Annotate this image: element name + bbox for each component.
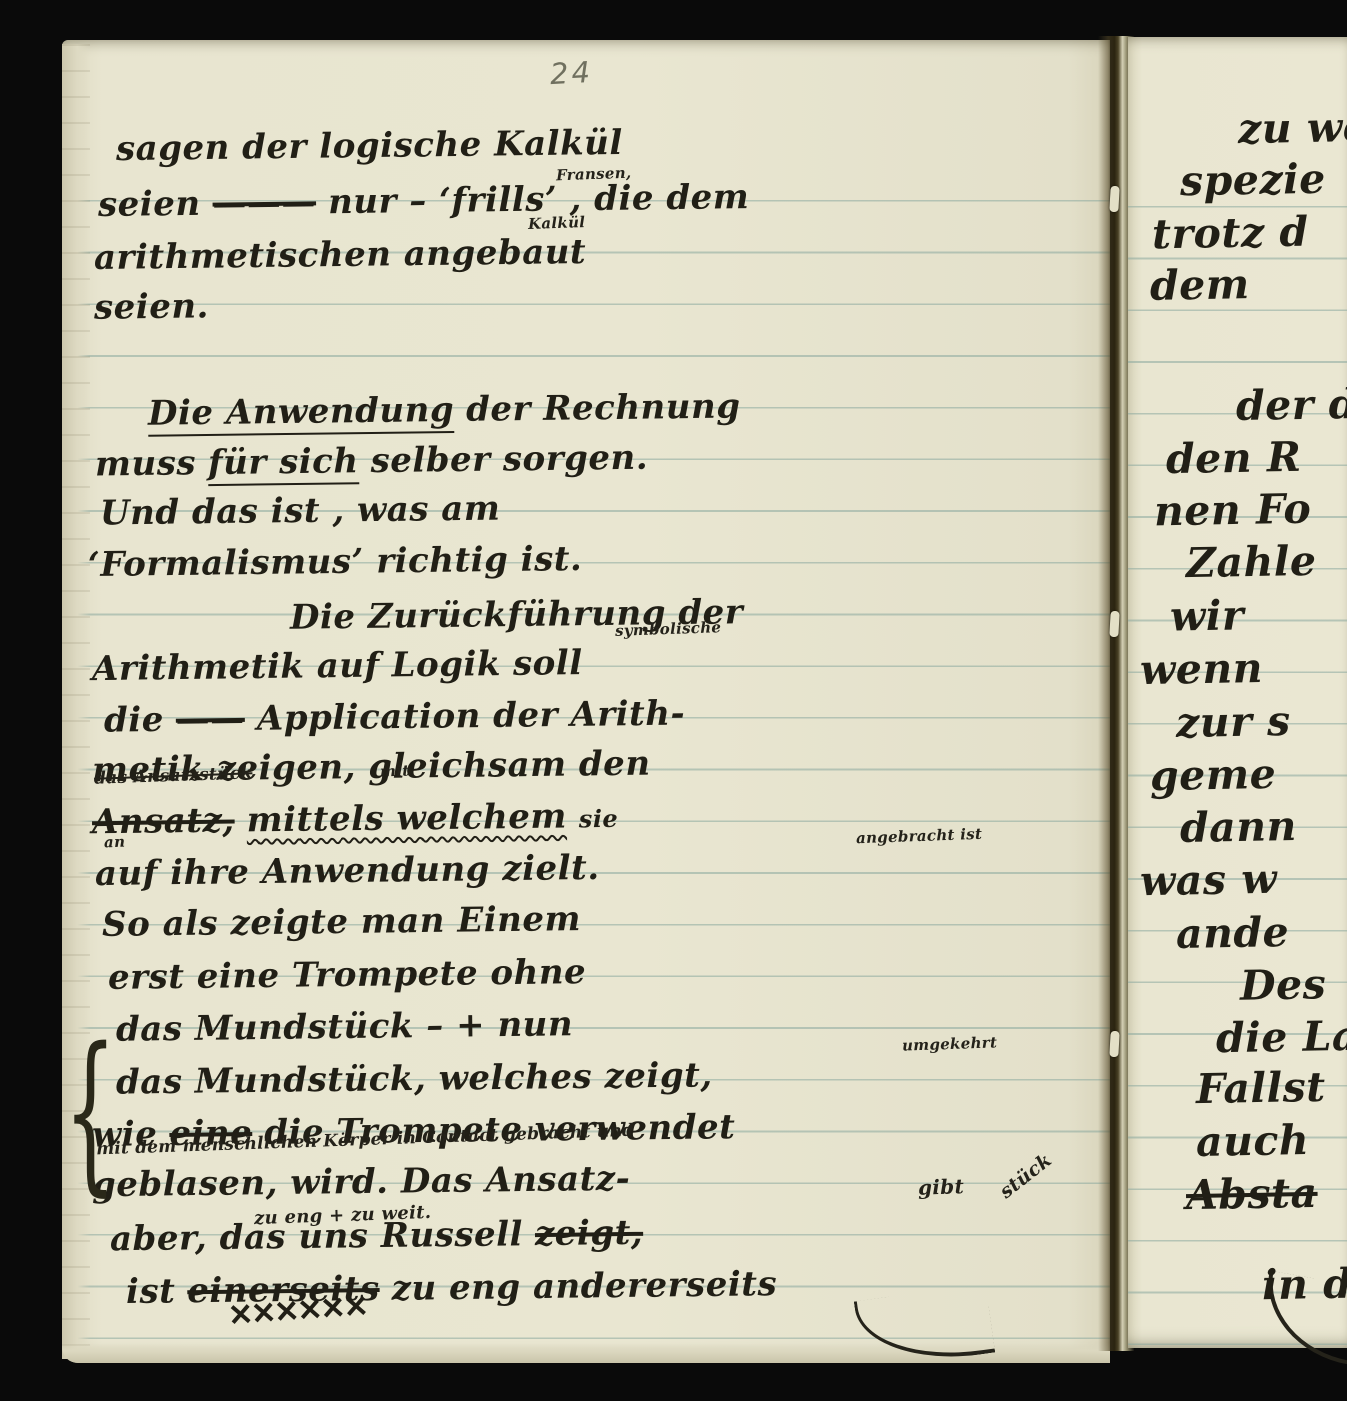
crossed-out-word: ——	[176, 699, 245, 740]
handwritten-line: Und das ist , was am	[100, 489, 501, 534]
handwritten-fragment: dem	[1150, 260, 1250, 310]
handwritten-line: sagen der logische Kalkül	[116, 123, 623, 169]
margin-brace: {	[64, 1012, 116, 1212]
handwritten-fragment: nen Fo	[1154, 485, 1312, 536]
wavy-underlined-words: mittels welchem	[246, 796, 567, 840]
manuscript-scan: 24 sagen der logische Kalkül seien———nur…	[0, 0, 1347, 1401]
crossed-out-word: ———	[212, 182, 316, 223]
handwritten-fragment-struck: Absta	[1186, 1169, 1318, 1219]
interline-annotation: umgekehrt	[902, 1033, 998, 1054]
page-number: 24	[549, 55, 594, 91]
handwritten-fragment: was w	[1140, 855, 1278, 905]
handwritten-line: ‘Formalismus’ richtig ist.	[88, 539, 583, 585]
interline-annotation: gibt	[918, 1174, 965, 1200]
interline-annotation: an	[104, 833, 126, 852]
crossed-out-word: zeigt,	[535, 1213, 644, 1254]
handwritten-fragment: wenn	[1140, 644, 1264, 694]
handwritten-line: Ansatz,mittels welchemsie	[92, 796, 631, 843]
interline-annotation: Fransen,	[556, 164, 632, 185]
handwritten-fragment: auch	[1196, 1116, 1310, 1166]
handwritten-line: die——Application der Arith-	[104, 693, 698, 740]
handwritten-fragment: trotz d	[1152, 208, 1309, 259]
handwritten-line: So als zeigte man Einem	[102, 899, 581, 945]
handwritten-fragment: Des	[1240, 960, 1327, 1009]
handwritten-line: arithmetischen angebaut	[94, 232, 587, 278]
handwritten-fragment: ande	[1176, 908, 1290, 958]
handwritten-line: mussfür sichselber sorgen.	[95, 438, 661, 485]
handwritten-line: geblasen, wird. Das Ansatz-	[92, 1159, 631, 1206]
interline-annotation: mit	[380, 761, 410, 780]
handwritten-line: das Mundstück, welches zeigt,	[116, 1055, 713, 1102]
handwritten-line: auf ihre Anwendung zielt.	[95, 848, 600, 894]
handwritten-line: erst eine Trompete ohne	[108, 952, 587, 998]
handwritten-fragment: den R	[1166, 433, 1302, 483]
interline-annotation: symbolische	[615, 618, 722, 640]
handwritten-fragment: Zahle	[1186, 537, 1317, 587]
handwritten-line: das Mundstück – + nun	[116, 1004, 574, 1050]
stitch	[1109, 186, 1119, 212]
handwritten-fragment: zur s	[1176, 697, 1291, 747]
handwritten-fragment: die La	[1216, 1012, 1347, 1062]
stitch	[1109, 611, 1119, 637]
handwritten-line: isteinerseitszu eng andererseits	[126, 1264, 790, 1312]
handwritten-fragment: spezie	[1180, 155, 1327, 206]
handwritten-fragment: wir	[1170, 591, 1245, 640]
handwritten-line: seien———nur – ‘frills’ , die dem	[98, 177, 762, 225]
handwritten-line: Die Anwendungder Rechnung	[148, 386, 753, 433]
handwritten-fragment: der d	[1236, 380, 1347, 430]
handwritten-fragment: geme	[1150, 750, 1277, 800]
handwritten-line: Arithmetik aufLogiksoll	[92, 643, 595, 689]
interline-annotation: Kalkül	[528, 213, 586, 233]
handwritten-fragment: zu we	[1238, 103, 1347, 153]
stitch	[1109, 1031, 1119, 1057]
handwritten-fragment: Fallst	[1196, 1063, 1326, 1113]
handwritten-fragment: dann	[1180, 802, 1298, 852]
handwritten-line: seien.	[94, 286, 209, 327]
handwritten-fragment: in der	[1262, 1259, 1347, 1309]
